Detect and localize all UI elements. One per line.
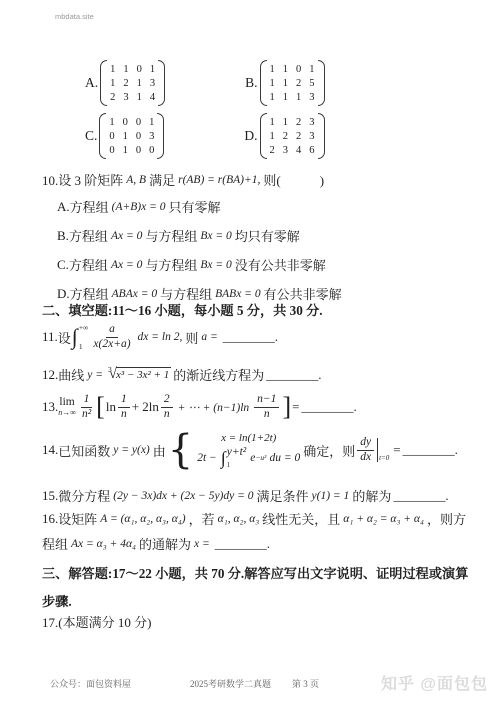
q11-number: 11. — [42, 329, 58, 345]
root-index: 3 — [108, 365, 112, 374]
matrix-cell: 0 — [136, 131, 141, 142]
section-3-header: 三、解答题:17～22 小题，共 70 分.解答应写出文字说明、证明过程或演算步… — [42, 560, 472, 615]
question-16-line-1: 16. 设矩阵 A = (α₁, α₂, α₃, α₄) ，若 α₁, α₂, … — [42, 509, 466, 528]
q13-math: + 2ln — [132, 399, 159, 415]
matrix-cell: 6 — [309, 145, 314, 156]
matrix-cell: 2 — [296, 78, 301, 89]
q14-text: 已知函数 — [58, 441, 110, 460]
matrix-cell: 1 — [283, 64, 288, 75]
matrix-cell: 1 — [270, 131, 275, 142]
q10-text-post: 则( ) — [263, 170, 324, 189]
limit: lim n→∞ — [58, 397, 76, 417]
q14-equals: = — [393, 442, 400, 458]
fraction-numerator: 1 — [81, 393, 93, 407]
q15-period: . — [445, 488, 448, 504]
left-paren — [99, 113, 106, 159]
option-text: 与方程组 — [145, 226, 197, 245]
q16-math: A = (α₁, α₂, α₃, α₄) — [97, 513, 188, 525]
section-2-header: 二、填空题:11～16 小题，每小题 5 分，共 30 分. — [42, 300, 323, 319]
matrix-cell: 1 — [109, 117, 114, 128]
q12-number: 12. — [42, 367, 58, 383]
q16-text: 设矩阵 — [58, 509, 97, 528]
matrix-a-cells: 110112132314 — [107, 60, 158, 106]
option-label-d: D. — [244, 128, 257, 144]
matrix-c-cells: 100101030100 — [106, 113, 157, 159]
q16-text: 线性无关，且 — [262, 509, 340, 528]
matrix-cell: 0 — [109, 145, 114, 156]
q14-math: du = 0 — [266, 452, 303, 464]
matrix-a: 110112132314 — [100, 60, 165, 106]
exam-page: mbdata.site A. 110112132314 B. 110111251… — [0, 0, 500, 707]
matrix-cell: 0 — [137, 64, 142, 75]
option-math: Ax = 0 — [108, 230, 145, 242]
matrix-cell: 0 — [123, 117, 128, 128]
q13-period: . — [353, 399, 356, 415]
fraction-numerator: a — [106, 323, 118, 337]
left-paren — [260, 60, 267, 106]
site-watermark: mbdata.site — [55, 12, 94, 21]
q14-math: e — [247, 452, 255, 464]
q11-text: 则 — [185, 328, 198, 347]
left-bracket: [ — [96, 394, 105, 420]
option-text: 方程组 — [69, 226, 108, 245]
option-math: BABx = 0 — [212, 288, 263, 300]
option-label: C. — [57, 257, 69, 273]
integral-bounds: +∞ 1 — [79, 324, 89, 350]
matrix-cell: 1 — [123, 145, 128, 156]
matrix-cell: 3 — [309, 131, 314, 142]
q11-period: . — [275, 329, 278, 345]
answer-blank: ________ — [391, 488, 445, 504]
evaluation-bar: t=0 — [377, 438, 389, 462]
left-paren — [260, 113, 267, 159]
matrix-cell: 1 — [110, 78, 115, 89]
matrix-cell: 1 — [270, 64, 275, 75]
matrix-cell: 3 — [123, 92, 128, 103]
matrix-cell: 4 — [296, 145, 301, 156]
q13-equals: = — [292, 399, 299, 415]
integral-glyph: ∫ — [72, 326, 78, 348]
q14-text: 确定，则 — [303, 441, 355, 460]
answer-blank: ________ — [221, 329, 275, 345]
matrix-c: 100101030100 — [99, 113, 164, 159]
matrix-cell: 2 — [296, 131, 301, 142]
integral-sign: ∫ y+t² 1 — [221, 447, 246, 469]
system-equation-1: x = ln(1+2t) — [218, 432, 279, 444]
fraction-numerator: n−1 — [254, 393, 279, 407]
q10-text-pre: 10.设 3 阶矩阵 — [42, 170, 123, 189]
matrix-cell: 1 — [283, 78, 288, 89]
integral-lower: 1 — [79, 343, 89, 351]
q14-math: y = y(x) — [110, 444, 152, 456]
fraction: n−1 n — [254, 393, 279, 420]
right-bracket: ] — [282, 394, 291, 420]
q11-math: a = — [198, 331, 220, 343]
matrix-b: 110111251113 — [260, 60, 325, 106]
option-label: A. — [57, 199, 70, 215]
matrix-options-row-2: C. 100101030100 D. 112312232346 — [85, 113, 325, 159]
derivative-fraction: dy dx — [357, 436, 374, 463]
right-paren — [158, 60, 165, 106]
fraction: a x(2x+a) — [91, 323, 132, 350]
answer-blank: ________ — [264, 367, 318, 383]
matrix-cell: 1 — [123, 131, 128, 142]
q17-text: 17.(本题满分 10 分) — [42, 612, 151, 631]
matrix-cell: 1 — [296, 92, 301, 103]
q16-math: α₁ + α₂ = α₃ + α₄ — [340, 513, 427, 525]
right-paren — [318, 113, 325, 159]
matrix-cell: 0 — [149, 145, 154, 156]
question-10-option-c: C. 方程组 Ax = 0 与方程组 Bx = 0 没有公共非零解 — [57, 255, 326, 274]
matrix-cell: 1 — [137, 92, 142, 103]
cube-root: 3 √ x³ − 3x² + 1 — [108, 367, 171, 382]
fraction-numerator: 2 — [161, 393, 173, 407]
matrix-cell: 4 — [150, 92, 155, 103]
matrix-cell: 3 — [309, 92, 314, 103]
option-math: (A+B)x = 0 — [109, 201, 169, 213]
matrix-cell: 1 — [137, 78, 142, 89]
matrix-cell: 1 — [309, 64, 314, 75]
integral-lower: 1 — [227, 462, 247, 469]
matrix-option-c: C. 100101030100 — [85, 113, 164, 159]
matrix-cell: 2 — [296, 117, 301, 128]
q16-math: α₁, α₂, α₃ — [215, 513, 263, 525]
option-text: 只有零解 — [169, 197, 221, 216]
fraction: 1 n — [118, 393, 130, 420]
matrix-cell: 2 — [283, 131, 288, 142]
matrix-cell: 1 — [270, 117, 275, 128]
integral-sign: ∫ +∞ 1 — [72, 324, 89, 350]
answer-blank: ________ — [299, 399, 353, 415]
matrix-cell: 1 — [110, 64, 115, 75]
matrix-cell: 5 — [309, 78, 314, 89]
q12-math: y = — [84, 369, 106, 381]
q13-math: + ⋯ + (n−1)ln — [175, 400, 253, 414]
question-12: 12. 曲线 y = 3 √ x³ − 3x² + 1 的渐近线方程为 ____… — [42, 365, 321, 384]
footer-page-number: 第 3 页 — [292, 677, 319, 690]
matrix-cell: 2 — [110, 92, 115, 103]
q16-math: Ax = α₃ + 4α₄ — [68, 538, 139, 550]
radicand: x³ − 3x² + 1 — [116, 367, 171, 381]
q15-text: 的解为 — [352, 486, 391, 505]
matrix-b-cells: 110111251113 — [267, 60, 318, 106]
left-paren — [100, 60, 107, 106]
matrix-cell: 3 — [283, 145, 288, 156]
integral-upper: +∞ — [79, 324, 89, 332]
section-3-title: 三、解答题:17～22 小题，共 70 分.解答应写出文字说明、证明过程或演算步… — [42, 566, 468, 609]
q10-math-rank: r(AB) = r(BA)+1, — [175, 174, 263, 186]
option-label-a: A. — [85, 75, 98, 91]
matrix-cell: 0 — [109, 131, 114, 142]
right-paren — [318, 60, 325, 106]
option-math: ABAx = 0 — [109, 288, 160, 300]
q12-text: 的渐近线方程为 — [173, 365, 264, 384]
matrix-d-cells: 112312232346 — [267, 113, 318, 159]
q11-math: dx = ln 2, — [135, 331, 186, 343]
q16-text: 的通解为 — [139, 534, 191, 553]
option-math: Bx = 0 — [197, 259, 234, 271]
q12-text: 曲线 — [58, 365, 84, 384]
q12-period: . — [318, 367, 321, 383]
option-text: 均只有零解 — [235, 226, 300, 245]
q11-text: 设 — [58, 328, 71, 347]
matrix-cell: 3 — [149, 131, 154, 142]
q15-text: 微分方程 — [58, 486, 110, 505]
matrix-cell: 0 — [136, 117, 141, 128]
q15-math: y(1) = 1 — [309, 490, 353, 502]
matrix-option-d: D. 112312232346 — [244, 113, 324, 159]
equation-system: x = ln(1+2t) 2t − ∫ y+t² 1 e −u² du = 0 — [194, 432, 303, 469]
option-math: Ax = 0 — [108, 259, 145, 271]
fraction-denominator: x(2x+a) — [91, 338, 132, 351]
question-10-stem: 10.设 3 阶矩阵 A, B 满足 r(AB) = r(BA)+1, 则( ) — [42, 170, 324, 189]
matrix-cell: 0 — [296, 64, 301, 75]
integral-bounds: y+t² 1 — [227, 447, 247, 469]
option-text: 方程组 — [70, 197, 109, 216]
q16-text: ，若 — [189, 509, 215, 528]
matrix-cell: 3 — [309, 117, 314, 128]
matrix-cell: 1 — [283, 92, 288, 103]
footer-account: 公众号：面包资料屋 — [50, 677, 131, 690]
matrix-cell: 3 — [150, 78, 155, 89]
fraction-denominator: dx — [358, 451, 373, 464]
integral-upper: y+t² — [227, 447, 247, 459]
question-10-option-b: B. 方程组 Ax = 0 与方程组 Bx = 0 均只有零解 — [57, 226, 300, 245]
q16-period: . — [267, 536, 270, 552]
q13-math: ln — [106, 399, 116, 415]
matrix-option-b: B. 110111251113 — [245, 60, 324, 106]
q14-math: 2t − — [194, 452, 220, 464]
option-label-c: C. — [85, 128, 97, 144]
matrix-cell: 1 — [123, 64, 128, 75]
q15-math: (2y − 3x)dx + (2x − 5y)dy = 0 — [110, 490, 256, 502]
q16-math: x = — [191, 538, 213, 550]
matrix-cell: 0 — [136, 145, 141, 156]
option-text: 没有公共非零解 — [235, 255, 326, 274]
question-14: 14. 已知函数 y = y(x) 由 { x = ln(1+2t) 2t − … — [42, 427, 458, 473]
q15-number: 15. — [42, 488, 58, 504]
matrix-cell: 2 — [123, 78, 128, 89]
q14-text: 由 — [153, 441, 166, 460]
footer-title: 2025考研数学二真题 — [190, 677, 271, 690]
q16-text: 程组 — [42, 534, 68, 553]
fraction: 2 n — [161, 393, 173, 420]
system-equation-2: 2t − ∫ y+t² 1 e −u² du = 0 — [194, 447, 303, 469]
matrix-cell: 1 — [150, 64, 155, 75]
matrix-d: 112312232346 — [260, 113, 325, 159]
fraction-denominator: n — [119, 408, 129, 421]
q14-period: . — [455, 442, 458, 458]
matrix-cell: 1 — [270, 92, 275, 103]
fraction-denominator: n — [262, 408, 272, 421]
fraction-numerator: dy — [357, 436, 374, 450]
matrix-options-row-1: A. 110112132314 B. 110111251113 — [85, 60, 325, 106]
fraction-numerator: 1 — [118, 393, 130, 407]
q10-math-ab: A, B — [123, 174, 149, 186]
q16-number: 16. — [42, 511, 58, 527]
fraction-denominator: n — [162, 408, 172, 421]
zhihu-watermark: 知乎 @面包包 — [381, 671, 488, 694]
section-2-title: 二、填空题:11～16 小题，每小题 5 分，共 30 分. — [42, 300, 323, 319]
q15-text: 满足条件 — [257, 486, 309, 505]
q13-number: 13. — [42, 399, 58, 415]
evaluation-subscript: t=0 — [379, 455, 389, 462]
question-13: 13. lim n→∞ 1 n² [ ln 1 n + 2ln 2 n + ⋯ … — [42, 392, 357, 422]
q16-text: ，则方 — [427, 509, 466, 528]
option-math: Bx = 0 — [197, 230, 234, 242]
limit-subscript: n→∞ — [58, 409, 76, 417]
q14-number: 14. — [42, 442, 58, 458]
question-17: 17.(本题满分 10 分) — [42, 612, 151, 631]
right-paren — [157, 113, 164, 159]
matrix-option-a: A. 110112132314 — [85, 60, 165, 106]
option-text: 与方程组 — [145, 255, 197, 274]
option-text: 方程组 — [69, 255, 108, 274]
fraction: 1 n² — [80, 393, 93, 420]
question-10-option-a: A. 方程组 (A+B)x = 0 只有零解 — [57, 197, 221, 216]
question-16-line-2: 程组 Ax = α₃ + 4α₄ 的通解为 x = ________ . — [42, 534, 270, 553]
exponent: −u² — [255, 453, 266, 462]
option-label: B. — [57, 228, 69, 244]
answer-blank: ________ — [401, 442, 455, 458]
q10-text-mid: 满足 — [149, 170, 175, 189]
matrix-cell: 2 — [270, 145, 275, 156]
question-11: 11. 设 ∫ +∞ 1 a x(2x+a) dx = ln 2, 则 a = … — [42, 321, 278, 353]
matrix-cell: 1 — [270, 78, 275, 89]
option-label-b: B. — [245, 75, 257, 91]
fraction-denominator: n² — [80, 408, 93, 421]
answer-blank: ________ — [213, 536, 267, 552]
question-15: 15. 微分方程 (2y − 3x)dx + (2x − 5y)dy = 0 满… — [42, 486, 449, 505]
integral-glyph: ∫ — [221, 449, 226, 467]
matrix-cell: 1 — [283, 117, 288, 128]
system-brace: { — [168, 432, 193, 468]
matrix-cell: 1 — [149, 117, 154, 128]
